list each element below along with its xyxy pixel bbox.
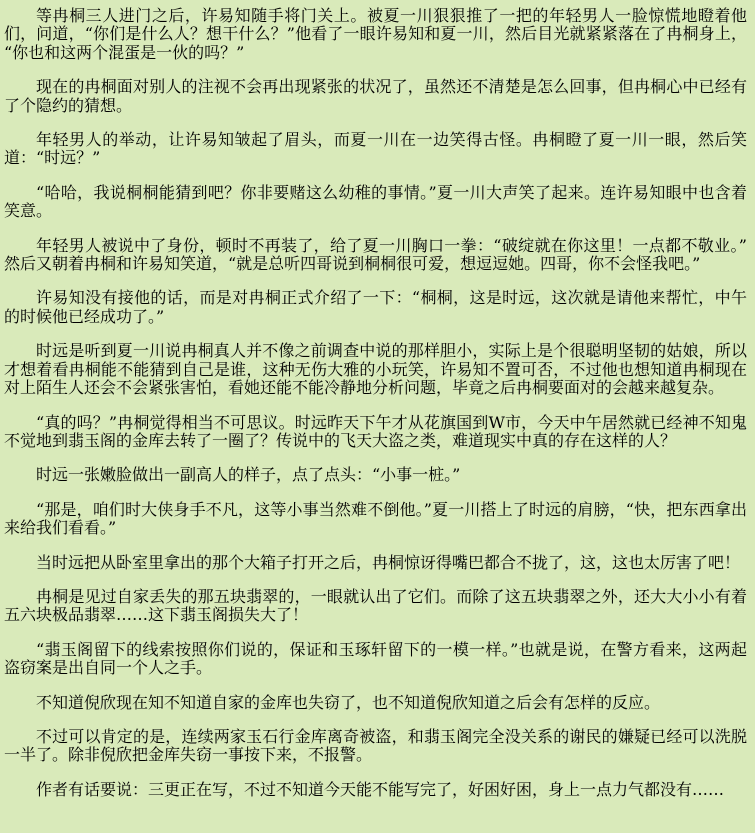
paragraph: “真的吗？”冉桐觉得相当不可思议。时远昨天下午才从花旗国到W市，今天中午居然就已… <box>4 414 747 451</box>
paragraph: 许易知没有接他的话，而是对冉桐正式介绍了一下：“桐桐，这是时远，这次就是请他来帮… <box>4 289 747 326</box>
paragraph: 当时远把从卧室里拿出的那个大箱子打开之后，冉桐惊讶得嘴巴都合不拢了，这，这也太厉… <box>4 554 747 572</box>
paragraph: 年轻男人被说中了身份，顿时不再装了，给了夏一川胸口一拳：“破绽就在你这里！一点都… <box>4 237 747 274</box>
novel-text-page: 等冉桐三人进门之后，许易知随手将门关上。被夏一川狠狠推了一把的年轻男人一脸惊慌地… <box>0 0 755 803</box>
paragraph: 不知道倪欣现在知不知道自家的金库也失窃了，也不知道倪欣知道之后会有怎样的反应。 <box>4 694 747 712</box>
paragraph: 不过可以肯定的是，连续两家玉石行金库离奇被盗，和翡玉阁完全没关系的谢民的嫌疑已经… <box>4 728 747 765</box>
paragraph: 冉桐是见过自家丢失的那五块翡翠的，一眼就认出了它们。而除了这五块翡翠之外，还大大… <box>4 588 747 625</box>
paragraph: 年轻男人的举动，让许易知皱起了眉头，而夏一川在一边笑得古怪。冉桐瞪了夏一川一眼，… <box>4 131 747 168</box>
paragraph: 时远一张嫩脸做出一副高人的样子，点了点头：“小事一桩。” <box>4 466 747 484</box>
paragraph: 等冉桐三人进门之后，许易知随手将门关上。被夏一川狠狠推了一把的年轻男人一脸惊慌地… <box>4 7 747 62</box>
paragraph: “哈哈，我说桐桐能猜到吧？你非要赌这么幼稚的事情。”夏一川大声笑了起来。连许易知… <box>4 184 747 221</box>
paragraph: 现在的冉桐面对别人的注视不会再出现紧张的状况了，虽然还不清楚是怎么回事，但冉桐心… <box>4 78 747 115</box>
paragraph: “翡玉阁留下的线索按照你们说的，保证和玉琢轩留下的一模一样。”也就是说，在警方看… <box>4 641 747 678</box>
paragraph: 时远是听到夏一川说冉桐真人并不像之前调查中说的那样胆小，实际上是个很聪明坚韧的姑… <box>4 342 747 397</box>
paragraph: 作者有话要说：三更正在写，不过不知道今天能不能写完了，好困好困，身上一点力气都没… <box>4 781 747 799</box>
paragraph: “那是，咱们时大侠身手不凡，这等小事当然难不倒他。”夏一川搭上了时远的肩膀，“快… <box>4 501 747 538</box>
